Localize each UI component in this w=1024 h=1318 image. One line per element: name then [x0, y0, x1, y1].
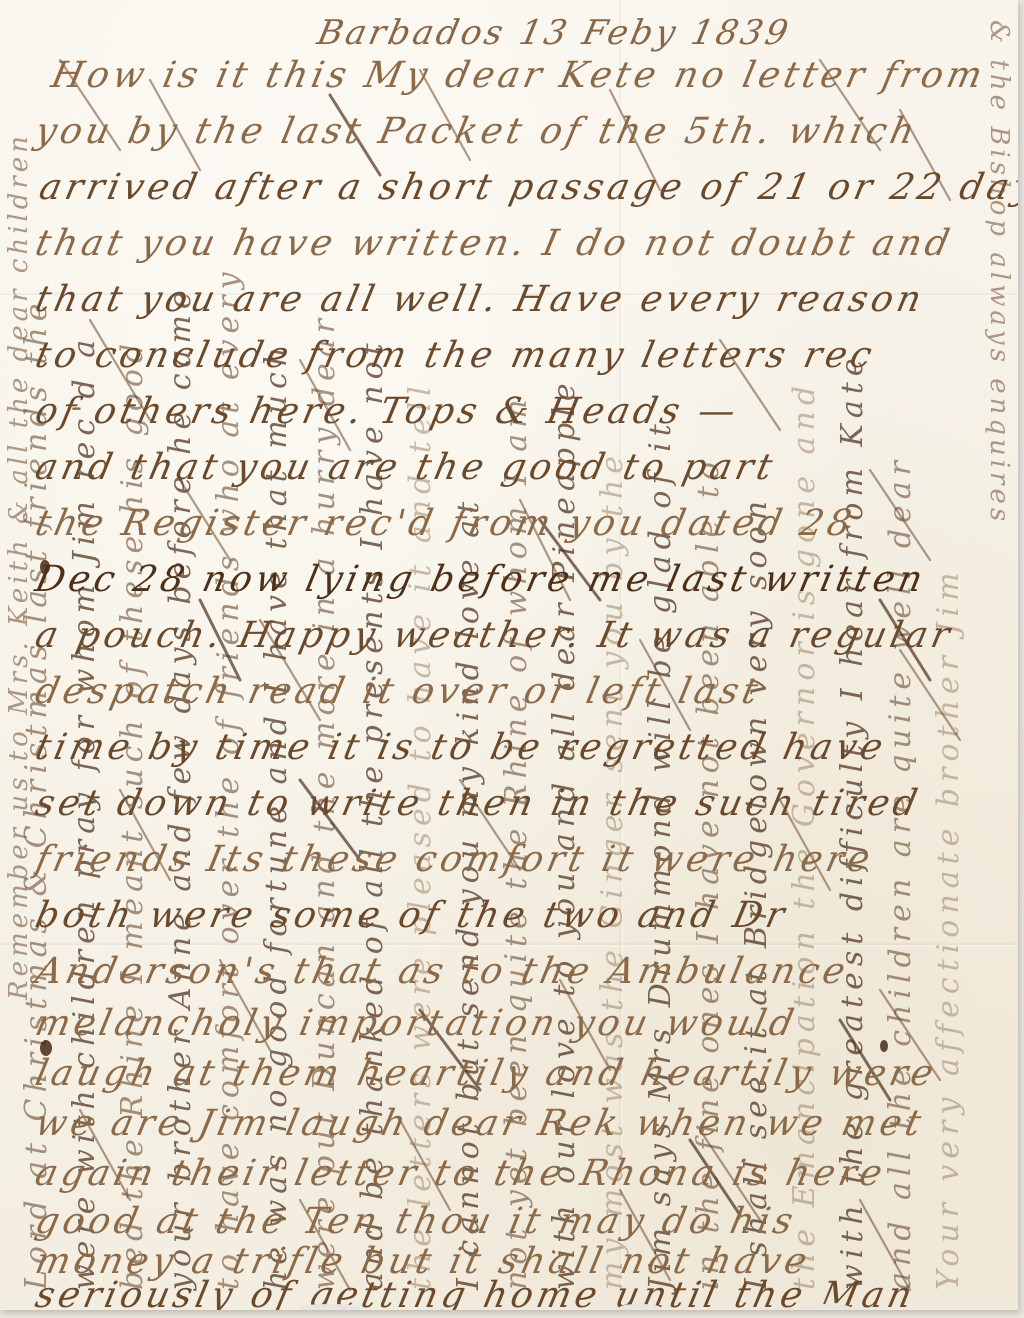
margin-note-left: Remember us to Mrs. Keith & all the dear… — [6, 132, 32, 1000]
letter-line: time by time it is to be regretted have — [32, 730, 890, 766]
letter-line: a pouch. Happy weather. It was a regular — [32, 618, 956, 654]
letter-line: again their letter to the Rhona is here — [32, 1156, 889, 1192]
letter-line: the Register rec'd from you dated 28 — [32, 506, 858, 542]
letter-line: arrived after a short passage of 21 or 2… — [36, 170, 1018, 206]
letter-line: good at the Ten thou it may do his — [32, 1204, 800, 1240]
letter-line: friends Its these comfort it were here — [32, 842, 877, 878]
letter-line: of others here. Tops & Heads — — [32, 394, 742, 430]
margin-note-right: & the Bishop always enquires — [986, 20, 1012, 525]
letter-line: to conclude from the many letters rec — [32, 338, 879, 374]
letter-line: despatch read it over or left last — [32, 674, 764, 710]
torn-edge — [620, 1304, 660, 1310]
letter-line: Anderson's that as to the Ambulance — [32, 954, 852, 990]
letter-line: Dec 28 now lying before me last written — [32, 562, 929, 598]
letter-line: that you are all well. Have every reason — [32, 282, 928, 318]
letter-line: set down to write then in the such tired — [32, 786, 924, 822]
letter-line: How is it this My dear Kete no letter fr… — [48, 58, 989, 94]
letter-line: laugh at them heartily and heartily were — [32, 1056, 940, 1092]
letter-date: 13 Feby 1839 — [516, 16, 793, 50]
letter-place: Barbados — [314, 16, 508, 50]
letter-line: and that you are the good to part — [32, 450, 779, 486]
torn-edge — [800, 1304, 850, 1310]
letter-line: that you have written. I do not doubt an… — [32, 226, 956, 262]
letter-line: seriously of getting home until the Man — [32, 1278, 919, 1310]
main-writing-layer: Barbados 13 Feby 1839 How is it this My … — [0, 0, 1018, 1310]
letter-line: we are Jim laugh dear Rek when we met — [32, 1106, 928, 1142]
letter-sheet: Lord at Christmas & Christmas last frien… — [0, 0, 1018, 1310]
letter-line: melancholy importation you would — [32, 1006, 800, 1042]
letter-line: both were some of the two and Dr — [32, 898, 791, 934]
torn-edge — [300, 1304, 360, 1310]
letter-line: you by the last Packet of the 5th. which — [32, 114, 921, 150]
